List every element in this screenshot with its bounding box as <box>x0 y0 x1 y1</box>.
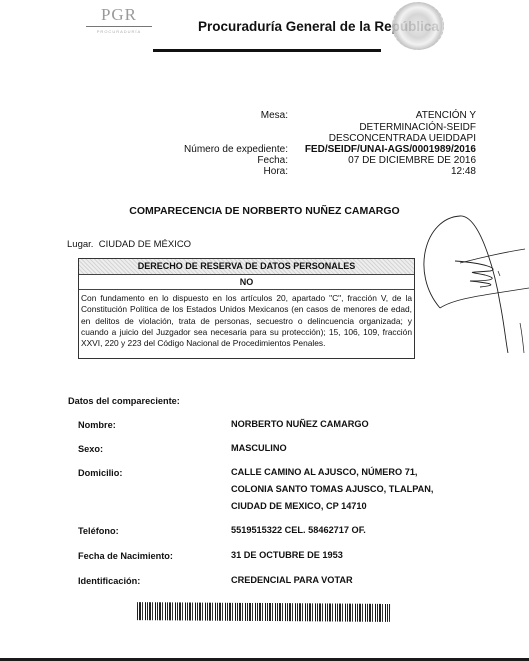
fecha-nacimiento-label: Fecha de Nacimiento: <box>78 551 173 561</box>
fecha-label: Fecha: <box>257 155 288 167</box>
lugar: Lugar. CIUDAD DE MÉXICO <box>67 239 191 250</box>
expediente-label: Número de expediente: <box>184 144 288 156</box>
identificacion-value: CREDENCIAL PARA VOTAR <box>231 572 451 589</box>
signature-icon <box>400 213 529 353</box>
document-title: COMPARECENCIA DE NORBERTO NUÑEZ CAMARGO <box>0 205 529 217</box>
nombre-label: Nombre: <box>78 420 116 430</box>
mesa-value-line: DESCONCENTRADA UEIDDAPI <box>329 133 476 145</box>
compareciente-section-title: Datos del compareciente: <box>68 396 180 406</box>
lugar-value: CIUDAD DE MÉXICO <box>99 239 191 250</box>
fecha-value: 07 DE DICIEMBRE DE 2016 <box>348 155 476 167</box>
hora-label: Hora: <box>264 166 288 178</box>
telefono-label: Teléfono: <box>78 526 119 536</box>
mesa-value-line: ATENCIÓN Y <box>329 110 476 122</box>
sexo-label: Sexo: <box>78 444 103 454</box>
lugar-label: Lugar. <box>67 239 93 250</box>
logo-rule <box>86 26 152 27</box>
fecha-nacimiento-value: 31 DE OCTUBRE DE 1953 <box>231 547 451 564</box>
telefono-value: 5519515322 CEL. 58462717 OF. <box>231 522 451 539</box>
header-divider <box>153 49 381 52</box>
sexo-value: MASCULINO <box>231 440 451 457</box>
mesa-value-line: DETERMINACIÓN-SEIDF <box>329 122 476 134</box>
pgr-logo-text: PGR <box>86 6 152 24</box>
hora-value: 12:48 <box>451 166 476 178</box>
mesa-label: Mesa: <box>261 110 288 122</box>
expediente-value: FED/SEIDF/UNAI-AGS/0001989/2016 <box>305 144 476 156</box>
mesa-value: ATENCIÓN Y DETERMINACIÓN-SEIDF DESCONCEN… <box>329 110 476 145</box>
domicilio-value: CALLE CAMINO AL AJUSCO, NÚMERO 71, COLON… <box>231 464 453 515</box>
reserva-legal-text: Con fundamento en lo dispuesto en los ar… <box>79 290 414 349</box>
domicilio-label: Domicilio: <box>78 468 122 478</box>
barcode <box>137 602 390 622</box>
pgr-logo: PGR PROCURADURÍA <box>86 6 152 35</box>
reserva-heading: DERECHO DE RESERVA DE DATOS PERSONALES <box>79 259 414 275</box>
reserva-box: DERECHO DE RESERVA DE DATOS PERSONALES N… <box>78 258 415 359</box>
nombre-value: NORBERTO NUÑEZ CAMARGO <box>231 416 451 433</box>
seal-icon <box>392 2 444 50</box>
reserva-value: NO <box>79 275 414 290</box>
identificacion-label: Identificación: <box>78 576 140 586</box>
pgr-logo-subtext: PROCURADURÍA <box>86 29 152 35</box>
